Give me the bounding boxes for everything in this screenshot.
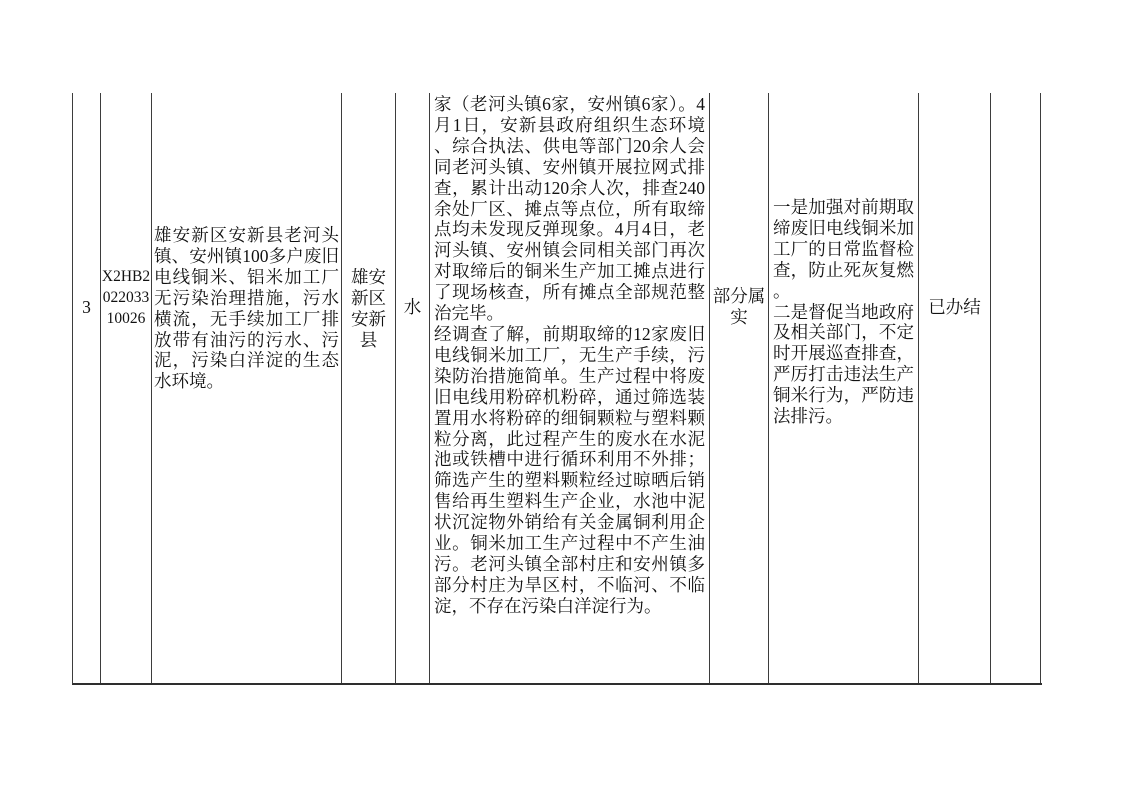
- pollution-category-cell: 水: [396, 93, 430, 683]
- complaint-table-row: 3 X2HB202203310026 雄安新区安新县老河头镇、安州镇100多户废…: [72, 93, 1042, 685]
- investigation-paragraph-1: 家（老河头镇6家，安州镇6家）。4月1日，安新县政府组织生态环境、综合执法、供电…: [434, 94, 705, 324]
- complaint-text: 雄安新区安新县老河头镇、安州镇100多户废旧电线铜米、铝米加工厂无污染治理措施，…: [154, 225, 339, 392]
- row-index-cell: 3: [73, 93, 101, 683]
- measures-cell: 一是加强对前期取缔废旧电线铜米加工厂的日常监督检查，防止死灰复燃。 二是督促当地…: [769, 93, 919, 683]
- verdict-text: 部分属实: [710, 286, 768, 328]
- case-id: X2HB202203310026: [101, 267, 151, 330]
- measures-paragraph-1: 一是加强对前期取缔废旧电线铜米加工厂的日常监督检查，防止死灰复燃。: [773, 197, 914, 302]
- location-text: 雄安新区安新县: [350, 267, 387, 351]
- case-id-cell: X2HB202203310026: [101, 93, 152, 683]
- investigation-cell: 家（老河头镇6家，安州镇6家）。4月1日，安新县政府组织生态环境、综合执法、供电…: [430, 93, 710, 683]
- pollution-category: 水: [396, 297, 429, 318]
- measures-paragraph-2: 二是督促当地政府及相关部门，不定时开展巡查排查，严厉打击违法生产铜米行为，严防违…: [773, 302, 914, 427]
- row-index: 3: [73, 297, 100, 318]
- status-text: 已办结: [919, 297, 990, 318]
- verdict-cell: 部分属实: [710, 93, 769, 683]
- location-cell: 雄安新区安新县: [342, 93, 396, 683]
- remarks-empty-cell: [991, 93, 1041, 683]
- status-cell: 已办结: [919, 93, 991, 683]
- investigation-paragraph-2: 经调查了解，前期取缔的12家废旧电线铜米加工厂，无生产手续，污染防治措施简单。生…: [434, 324, 705, 617]
- complaint-cell: 雄安新区安新县老河头镇、安州镇100多户废旧电线铜米、铝米加工厂无污染治理措施，…: [152, 93, 342, 683]
